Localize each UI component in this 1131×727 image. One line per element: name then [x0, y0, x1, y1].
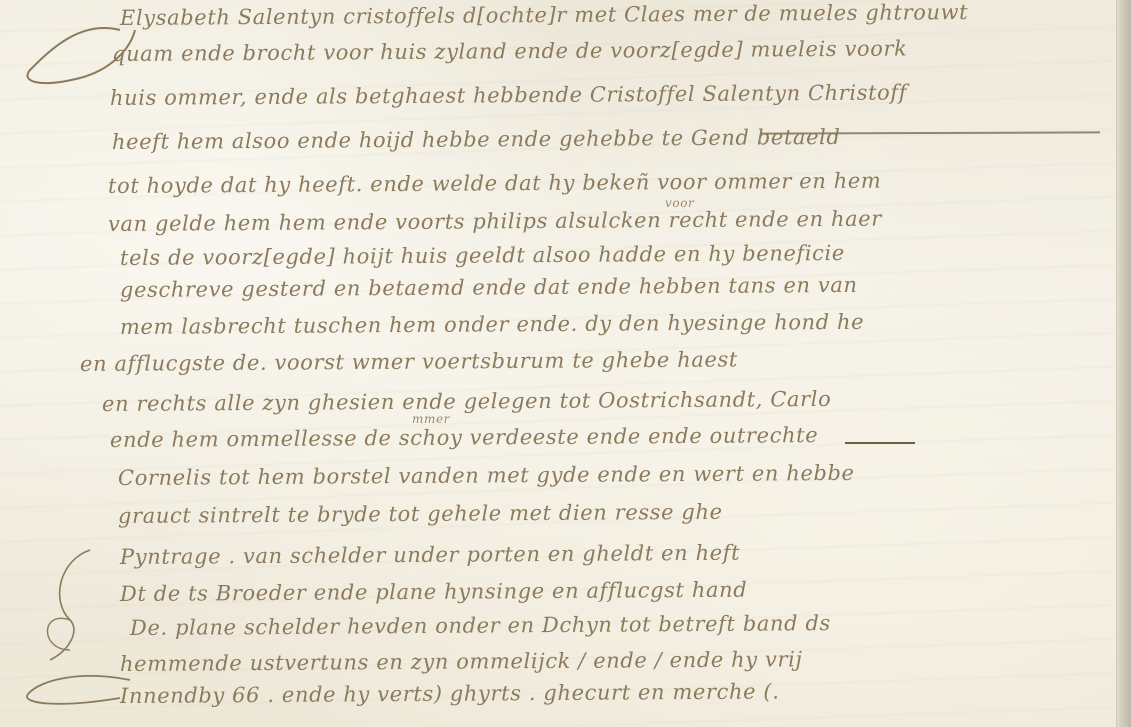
- manuscript-line-19: Innendby 66 . ende hy verts) ghyrts . gh…: [120, 679, 780, 708]
- manuscript-line-4: heeft hem alsoo ende hoijd hebbe ende ge…: [112, 125, 841, 154]
- manuscript-line-3: huis ommer, ende als betghaest hebbende …: [110, 80, 907, 110]
- manuscript-line-2: quam ende brocht voor huis zyland ende d…: [112, 36, 908, 66]
- manuscript-line-18: hemmende ustvertuns en zyn ommelijck / e…: [120, 647, 803, 676]
- manuscript-line-15: Pyntrage . van schelder under porten en …: [120, 541, 740, 569]
- manuscript-line-14: grauct sintrelt te bryde tot gehele met …: [118, 500, 723, 528]
- manuscript-line-9: mem lasbrecht tuschen hem onder ende. dy…: [120, 310, 864, 339]
- manuscript-page: Elysabeth Salentyn cristoffels d[ochte]r…: [0, 0, 1131, 727]
- manuscript-line-10: en afflucgste de. voorst wmer voertsburu…: [80, 347, 738, 376]
- manuscript-line-16: Dt de ts Broeder ende plane hynsinge en …: [120, 578, 747, 606]
- manuscript-line-17: De. plane schelder hevden onder en Dchyn…: [130, 611, 831, 640]
- interlinear-insertion: mmer: [412, 412, 450, 426]
- manuscript-line-1: Elysabeth Salentyn cristoffels d[ochte]r…: [120, 0, 968, 30]
- manuscript-line-5: tot hoyde dat hy heeft. ende welde dat h…: [108, 169, 882, 198]
- manuscript-line-7: tels de voorz[egde] hoijt huis geeldt al…: [120, 241, 845, 270]
- struck-word: [845, 442, 915, 444]
- manuscript-line-11: en rechts alle zyn ghesien ende gelegen …: [102, 387, 831, 416]
- page-edge: [1116, 0, 1131, 727]
- manuscript-line-12: ende hem ommellesse de schoy verdeeste e…: [110, 423, 818, 452]
- manuscript-line-8: geschreve gesterd en betaemd ende dat en…: [120, 273, 858, 302]
- manuscript-line-13: Cornelis tot hem borstel vanden met gyde…: [118, 461, 855, 490]
- manuscript-line-6: van gelde hem hem ende voorts philips al…: [108, 207, 882, 236]
